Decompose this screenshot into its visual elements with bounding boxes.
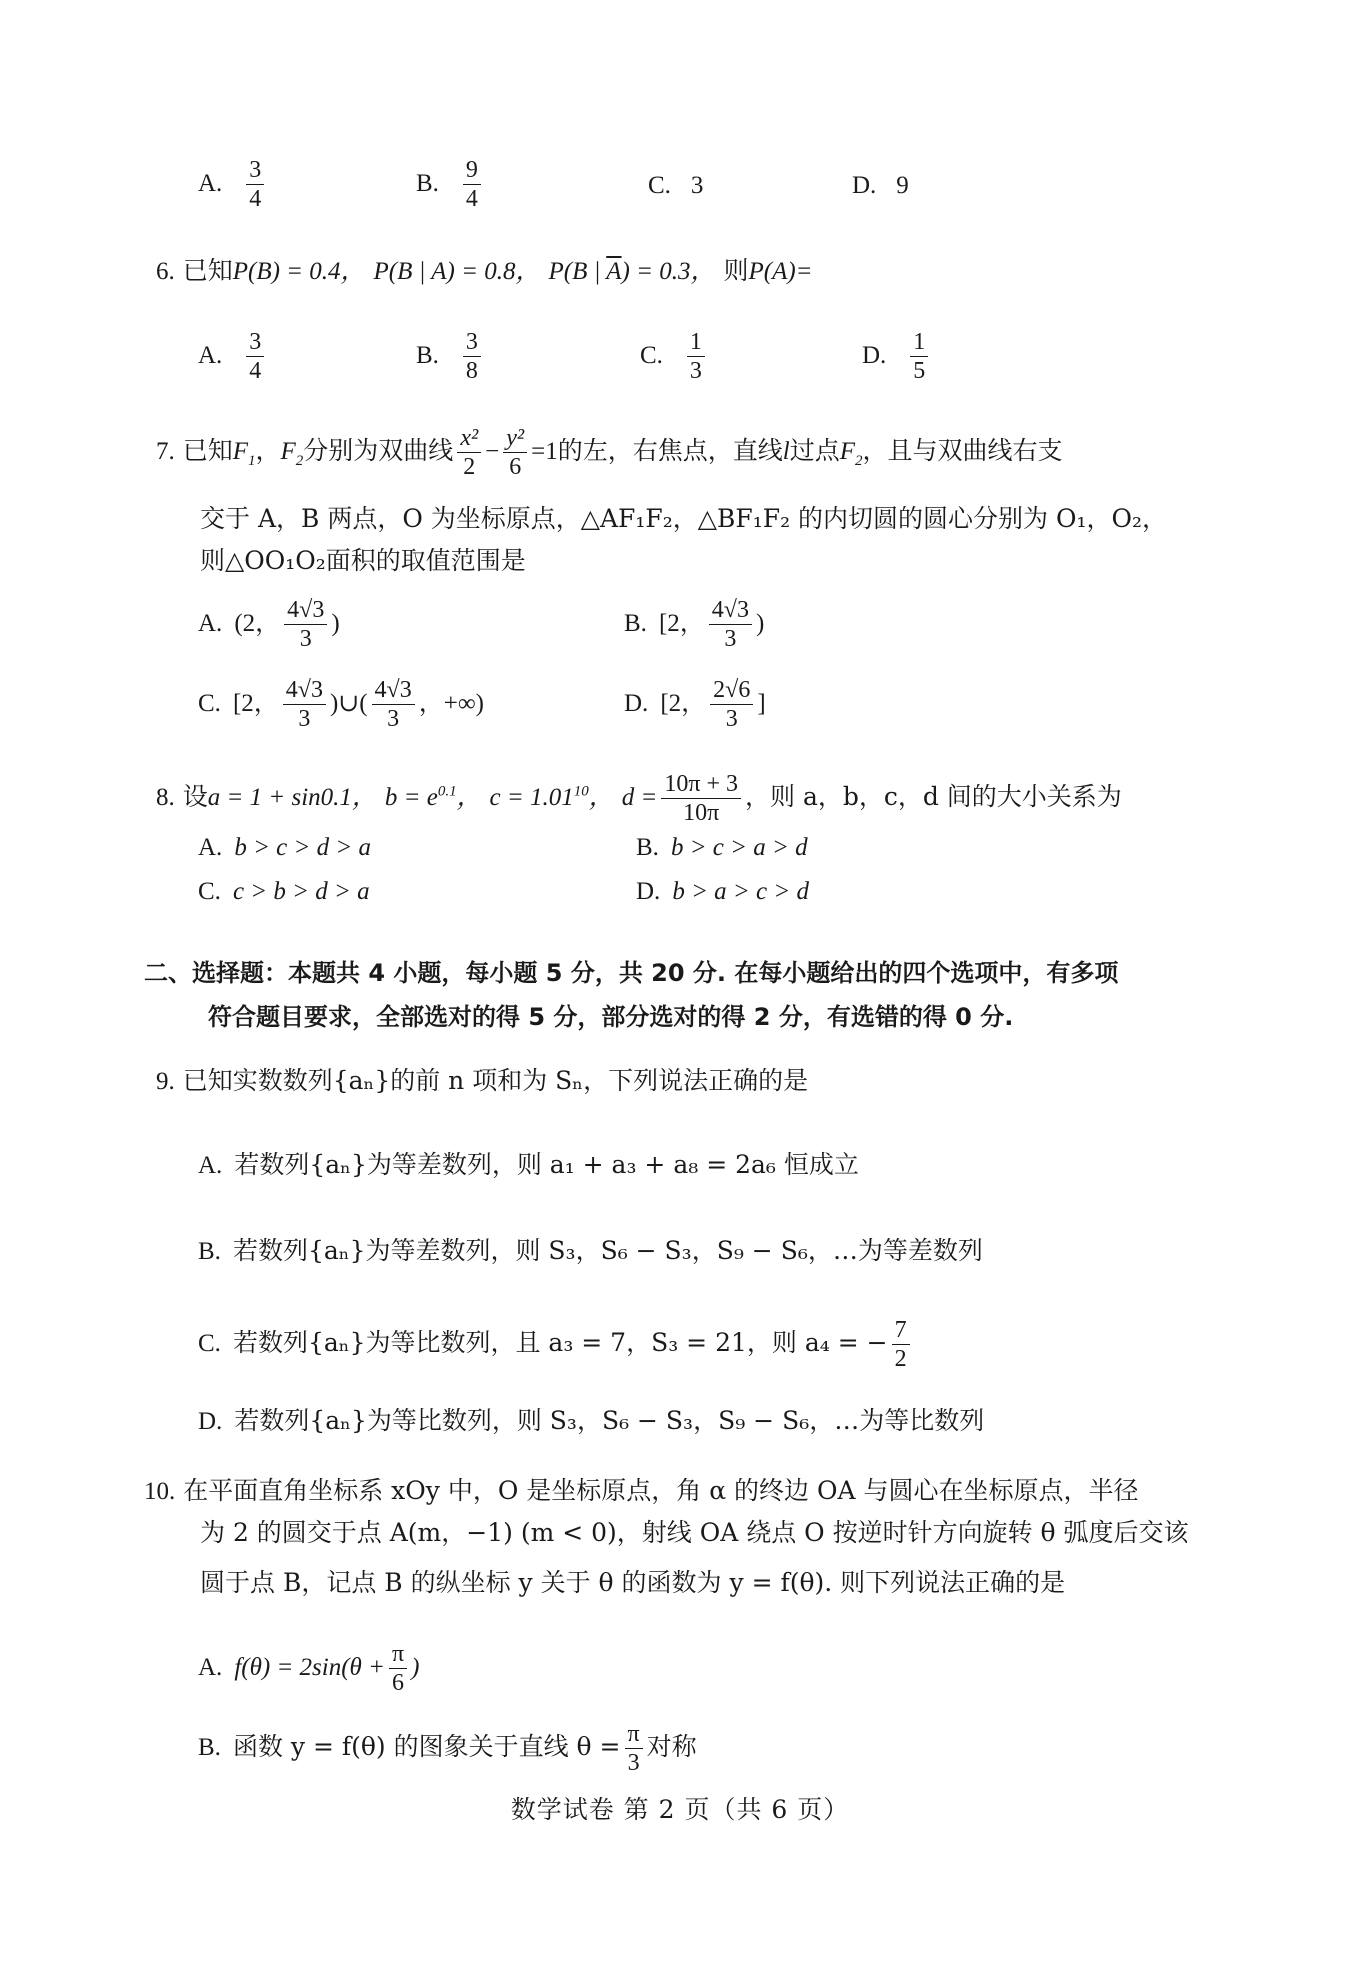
numerator: π (389, 1640, 407, 1669)
minus-sign: − (485, 438, 499, 465)
q7-option-d: D.[2，2√63] (624, 676, 766, 733)
fraction: y²6 (503, 424, 527, 481)
section-2-heading-line2: 符合题目要求，全部选对的得 5 分，部分选对的得 2 分，有选错的得 0 分. (208, 1000, 1013, 1034)
question-number: 6. (156, 258, 175, 285)
denominator: 5 (910, 357, 928, 385)
option-label: A. (198, 834, 222, 861)
math-part: ) (331, 610, 339, 637)
math-expr: c = 1.0110， (490, 784, 614, 811)
fraction: 4√33 (284, 596, 327, 653)
numerator: y² (503, 424, 527, 453)
superscript: 0.1 (438, 784, 457, 800)
option-value: 若数列{aₙ}为等差数列，则 S₃，S₆ − S₃，S₉ − S₆，…为等差数列 (233, 1236, 983, 1265)
math-f1: F1 (233, 438, 256, 465)
option-label: C. (198, 1330, 221, 1357)
denominator: 4 (246, 357, 264, 385)
option-value: 若数列{aₙ}为等比数列，且 a₃ = 7，S₃ = 21，则 a₄ = − (233, 1328, 888, 1357)
q7-option-a: A.(2，4√33) (198, 596, 340, 653)
numerator: 4√3 (283, 676, 326, 705)
option-value: 9 (896, 172, 909, 199)
fraction: 4√33 (372, 676, 415, 733)
denominator: 3 (721, 625, 739, 653)
denominator: 8 (463, 357, 481, 385)
option-label: A. (198, 1654, 222, 1681)
denominator: 6 (389, 1669, 407, 1697)
numerator: 4√3 (284, 596, 327, 625)
stem-text: 过点 (790, 436, 840, 465)
q9-option-b: B.若数列{aₙ}为等差数列，则 S₃，S₆ − S₃，S₉ − S₆，…为等差… (198, 1234, 983, 1269)
option-label: D. (636, 878, 660, 905)
q6-option-a: A. 34 (198, 328, 268, 385)
math-part: f(θ) = 2sin(θ + (234, 1654, 385, 1681)
stem-text: 已知实数数列{aₙ}的前 n 项和为 Sₙ，下列说法正确的是 (183, 1066, 808, 1095)
fraction: 10π + 310π (661, 770, 741, 827)
option-label: B. (198, 1734, 221, 1761)
numerator: 9 (463, 156, 481, 185)
math-part: ， (589, 784, 614, 811)
fraction: π6 (389, 1640, 407, 1697)
math-part: )∪( (330, 690, 368, 717)
math-part: c = 1.01 (490, 784, 574, 811)
option-value: 函数 y = f(θ) 的图象关于直线 θ = (233, 1732, 621, 1761)
q8-option-c: C.c > b > d > a (198, 874, 370, 909)
q5-option-b: B. 94 (416, 156, 485, 213)
q10-option-a: A.f(θ) = 2sin(θ +π6) (198, 1640, 419, 1697)
fraction: π3 (625, 1720, 643, 1777)
option-label: C. (198, 878, 221, 905)
denominator: 4 (246, 185, 264, 213)
numerator: x² (457, 424, 481, 453)
denominator: 2 (892, 1345, 910, 1373)
exam-page: A. 34 B. 94 C. 3 D. 9 6. 已知P(B) = 0.4， P… (0, 0, 1360, 1964)
numerator: 3 (246, 156, 264, 185)
q6-option-b: B. 38 (416, 328, 485, 385)
math-part: ，+∞) (419, 690, 484, 717)
numerator: 4√3 (709, 596, 752, 625)
fraction: 4√33 (283, 676, 326, 733)
q6-stem: 6. 已知P(B) = 0.4， P(B | A) = 0.8， P(B | A… (156, 254, 813, 289)
denominator: 3 (723, 705, 741, 733)
q8-option-d: D.b > a > c > d (636, 874, 809, 909)
question-number: 10. (144, 1478, 175, 1505)
numerator: 1 (687, 328, 705, 357)
math-expr: P(B | A) = 0.3， (548, 258, 715, 285)
q6-option-c: C. 13 (640, 328, 709, 385)
math-expr: a = 1 + sin0.1， (208, 784, 377, 811)
option-label: D. (624, 690, 648, 717)
math-part: F (233, 438, 248, 465)
fraction: 38 (463, 328, 481, 385)
option-label: A. (198, 342, 222, 369)
fraction: 4√33 (709, 596, 752, 653)
option-label: D. (862, 342, 886, 369)
fraction: x²2 (457, 424, 481, 481)
option-label: D. (198, 1408, 222, 1435)
option-label: C. (648, 172, 671, 199)
q7-stem-line3: 则△OO₁O₂面积的取值范围是 (200, 544, 526, 578)
numerator: 10π + 3 (661, 770, 741, 799)
q10-stem-line3: 圆于点 B，记点 B 的纵坐标 y 关于 θ 的函数为 y = f(θ). 则下… (200, 1566, 1065, 1600)
option-label: C. (640, 342, 663, 369)
math-part: b = e (385, 784, 438, 811)
stem-text: 设 (183, 782, 208, 811)
question-number: 8. (156, 784, 175, 811)
fraction: 2√63 (710, 676, 753, 733)
numerator: 7 (892, 1316, 910, 1345)
math-part: l (783, 438, 790, 465)
option-label: A. (198, 170, 222, 197)
math-expr: P(A)= (748, 258, 812, 285)
math-part: (2， (234, 610, 280, 637)
denominator: 3 (687, 357, 705, 385)
option-value: 3 (691, 172, 704, 199)
math-expr: b = e0.1， (385, 784, 482, 811)
section-2-heading-line1: 二、选择题：本题共 4 小题，每小题 5 分，共 20 分. 在每小题给出的四个… (144, 956, 1118, 990)
denominator: 10π (680, 799, 722, 827)
denominator: 3 (384, 705, 402, 733)
fraction: 94 (463, 156, 481, 213)
denominator: 6 (506, 453, 524, 481)
subscript: 1 (248, 453, 256, 469)
superscript: 10 (574, 784, 589, 800)
option-value: c > b > d > a (233, 878, 370, 905)
numerator: 2√6 (710, 676, 753, 705)
option-label: B. (416, 170, 439, 197)
stem-text: 的左，右焦点，直线 (558, 436, 783, 465)
numerator: 4√3 (372, 676, 415, 705)
option-value: b > a > c > d (672, 878, 809, 905)
numerator: 3 (246, 328, 264, 357)
q5-option-c: C. 3 (648, 168, 703, 203)
math-part: F (840, 438, 855, 465)
option-value: 对称 (647, 1732, 697, 1761)
stem-text: 已知 (183, 436, 233, 465)
option-value: b > c > d > a (234, 834, 371, 861)
math-expr: P(B | A) = 0.8， (374, 258, 541, 285)
q8-stem: 8. 设a = 1 + sin0.1， b = e0.1， c = 1.0110… (156, 770, 1122, 827)
math-part: ) = 0.3， (622, 258, 716, 285)
numerator: π (625, 1720, 643, 1749)
math-expr: P(B) = 0.4， (233, 258, 366, 285)
question-number: 9. (156, 1068, 175, 1095)
q9-option-d: D.若数列{aₙ}为等比数列，则 S₃，S₆ − S₃，S₉ − S₆，…为等比… (198, 1404, 984, 1439)
denominator: 4 (463, 185, 481, 213)
denominator: 3 (625, 1749, 643, 1777)
fraction: 15 (910, 328, 928, 385)
subscript: 2 (855, 453, 863, 469)
option-label: B. (198, 1238, 221, 1265)
math-part: d = (622, 784, 658, 811)
option-value: 若数列{aₙ}为等差数列，则 a₁ + a₃ + a₈ = 2a₆ 恒成立 (234, 1150, 859, 1179)
q5-option-d: D. 9 (852, 168, 909, 203)
option-label: C. (198, 690, 221, 717)
stem-text: 分别为双曲线 (303, 436, 453, 465)
math-part: [2， (660, 690, 706, 717)
punct: ， (256, 436, 281, 465)
numerator: 1 (910, 328, 928, 357)
fraction: 34 (246, 156, 264, 213)
numerator: 3 (463, 328, 481, 357)
q10-option-b: B.函数 y = f(θ) 的图象关于直线 θ =π3对称 (198, 1720, 697, 1777)
q10-stem-line1: 10. 在平面直角坐标系 xOy 中，O 是坐标原点，角 α 的终边 OA 与圆… (144, 1474, 1138, 1509)
option-value: 若数列{aₙ}为等比数列，则 S₃，S₆ − S₃，S₉ − S₆，…为等比数列 (234, 1406, 984, 1435)
q9-option-c: C.若数列{aₙ}为等比数列，且 a₃ = 7，S₃ = 21，则 a₄ = −… (198, 1316, 914, 1373)
complement-a: A (606, 258, 621, 285)
option-label: B. (636, 834, 659, 861)
q7-stem-line2: 交于 A，B 两点，O 为坐标原点，△AF₁F₂，△BF₁F₂ 的内切圆的圆心分… (200, 502, 1167, 536)
stem-text: ，则 a，b，c，d 间的大小关系为 (745, 782, 1122, 811)
stem-text: 则 (723, 256, 748, 285)
math-part: ， (457, 784, 482, 811)
q7-stem-line1: 7. 已知F1，F2分别为双曲线x²2−y²6=1的左，右焦点，直线l过点F2，… (156, 424, 1063, 481)
q7-option-c: C.[2，4√33)∪(4√33，+∞) (198, 676, 484, 733)
denominator: 3 (297, 625, 315, 653)
q9-option-a: A.若数列{aₙ}为等差数列，则 a₁ + a₃ + a₈ = 2a₆ 恒成立 (198, 1148, 859, 1183)
math-part: F (281, 438, 296, 465)
q9-stem: 9. 已知实数数列{aₙ}的前 n 项和为 Sₙ，下列说法正确的是 (156, 1064, 808, 1099)
question-number: 7. (156, 438, 175, 465)
math-part: ) (756, 610, 764, 637)
math-part: ) (411, 1654, 419, 1681)
option-value: b > c > a > d (671, 834, 808, 861)
q5-option-a: A. 34 (198, 156, 268, 213)
denominator: 3 (295, 705, 313, 733)
math-part: [2， (659, 610, 705, 637)
option-label: D. (852, 172, 876, 199)
fraction: 34 (246, 328, 264, 385)
q6-option-d: D. 15 (862, 328, 932, 385)
q7-option-b: B.[2，4√33) (624, 596, 764, 653)
option-label: A. (198, 610, 222, 637)
stem-text: ，且与双曲线右支 (863, 436, 1063, 465)
math-f2: F2 (840, 438, 863, 465)
option-label: B. (416, 342, 439, 369)
page-footer: 数学试卷 第 2 页（共 6 页） (0, 1790, 1360, 1826)
math-part: ] (757, 690, 765, 717)
math-f2: F2 (281, 438, 304, 465)
q8-option-b: B.b > c > a > d (636, 830, 808, 865)
option-label: A. (198, 1152, 222, 1179)
stem-text: 在平面直角坐标系 xOy 中，O 是坐标原点，角 α 的终边 OA 与圆心在坐标… (183, 1476, 1138, 1505)
denominator: 2 (460, 453, 478, 481)
fraction: 72 (892, 1316, 910, 1373)
math-part: =1 (531, 438, 558, 465)
fraction: 13 (687, 328, 705, 385)
q8-option-a: A.b > c > d > a (198, 830, 371, 865)
q10-stem-line2: 为 2 的圆交于点 A(m，−1) (m < 0)，射线 OA 绕点 O 按逆时… (200, 1516, 1189, 1550)
stem-text: 已知 (183, 256, 233, 285)
math-part: P(B | (548, 258, 606, 285)
math-part: [2， (233, 690, 279, 717)
option-label: B. (624, 610, 647, 637)
